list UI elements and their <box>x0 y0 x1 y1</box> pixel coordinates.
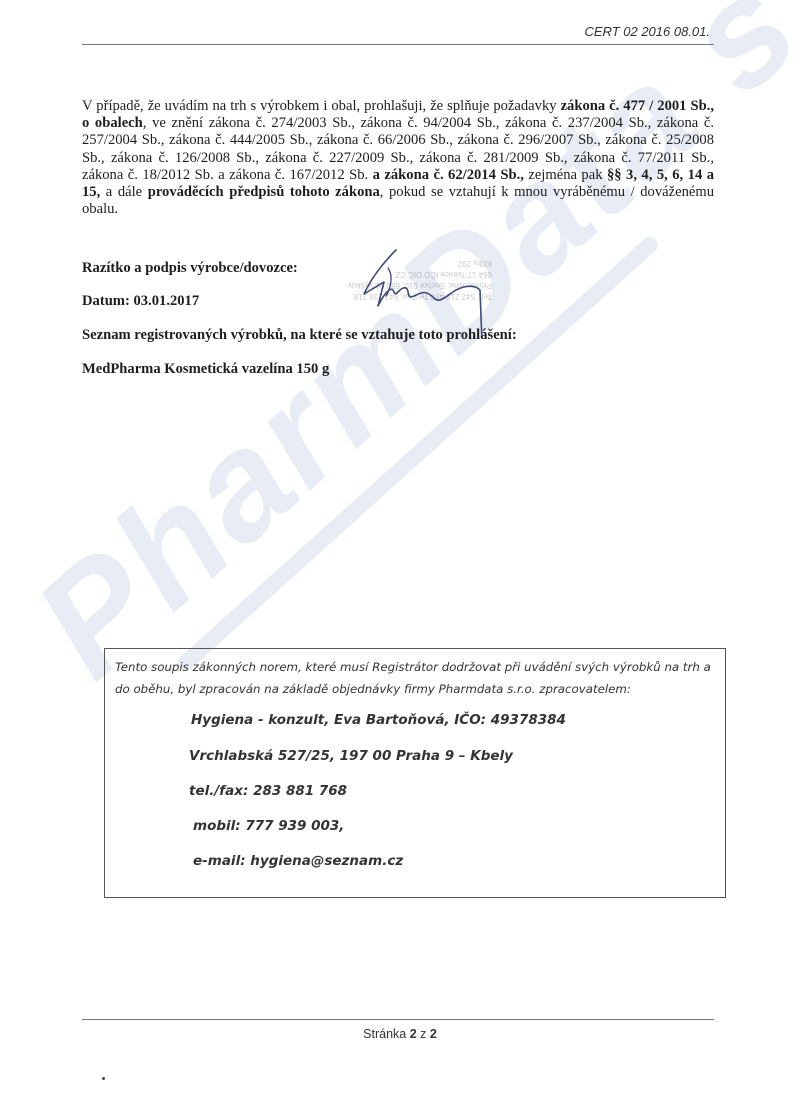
footer-divider <box>82 1019 714 1020</box>
declaration-seg: zejména pak <box>524 167 607 183</box>
processor-company: Hygiena - konzult, Eva Bartoňová, IČO: 4… <box>191 712 566 728</box>
declaration-seg-bold: prováděcích předpisů tohoto zákona <box>148 184 380 200</box>
document-body: V případě, že uvádím na trh s výrobkem i… <box>82 98 714 218</box>
page-prefix: Stránka <box>363 1027 410 1041</box>
declaration-seg: V případě, že uvádím na trh s výrobkem i… <box>82 98 561 114</box>
date-label: Datum: 03.01.2017 <box>82 293 199 310</box>
page-total: 2 <box>430 1027 437 1041</box>
page-number: Stránka 2 z 2 <box>0 1027 800 1041</box>
info-box: Tento soupis zákonných norem, které musí… <box>104 648 726 898</box>
scan-speck <box>102 1077 105 1080</box>
info-box-intro: Tento soupis zákonných norem, které musí… <box>115 656 720 700</box>
page-current: 2 <box>410 1027 417 1041</box>
stamp-signature-label: Razítko a podpis výrobce/dovozce: <box>82 260 298 277</box>
signature-icon <box>340 246 490 336</box>
declaration-seg: a dále <box>100 184 147 200</box>
processor-email: e-mail: hygiena@seznam.cz <box>193 853 403 869</box>
declaration-paragraph: V případě, že uvádím na trh s výrobkem i… <box>82 98 714 218</box>
document-code: CERT 02 2016 08.01. <box>584 24 710 39</box>
header-divider <box>82 44 714 45</box>
processor-phone: tel./fax: 283 881 768 <box>189 783 347 799</box>
handwritten-signature <box>340 246 490 341</box>
declaration-seg-bold: a zákona č. 62/2014 Sb., <box>373 167 524 183</box>
page-sep: z <box>417 1027 430 1041</box>
processor-address: Vrchlabská 527/25, 197 00 Praha 9 – Kbel… <box>189 748 513 764</box>
product-item: MedPharma Kosmetická vazelína 150 g <box>82 361 329 378</box>
processor-mobile: mobil: 777 939 003, <box>193 818 344 834</box>
